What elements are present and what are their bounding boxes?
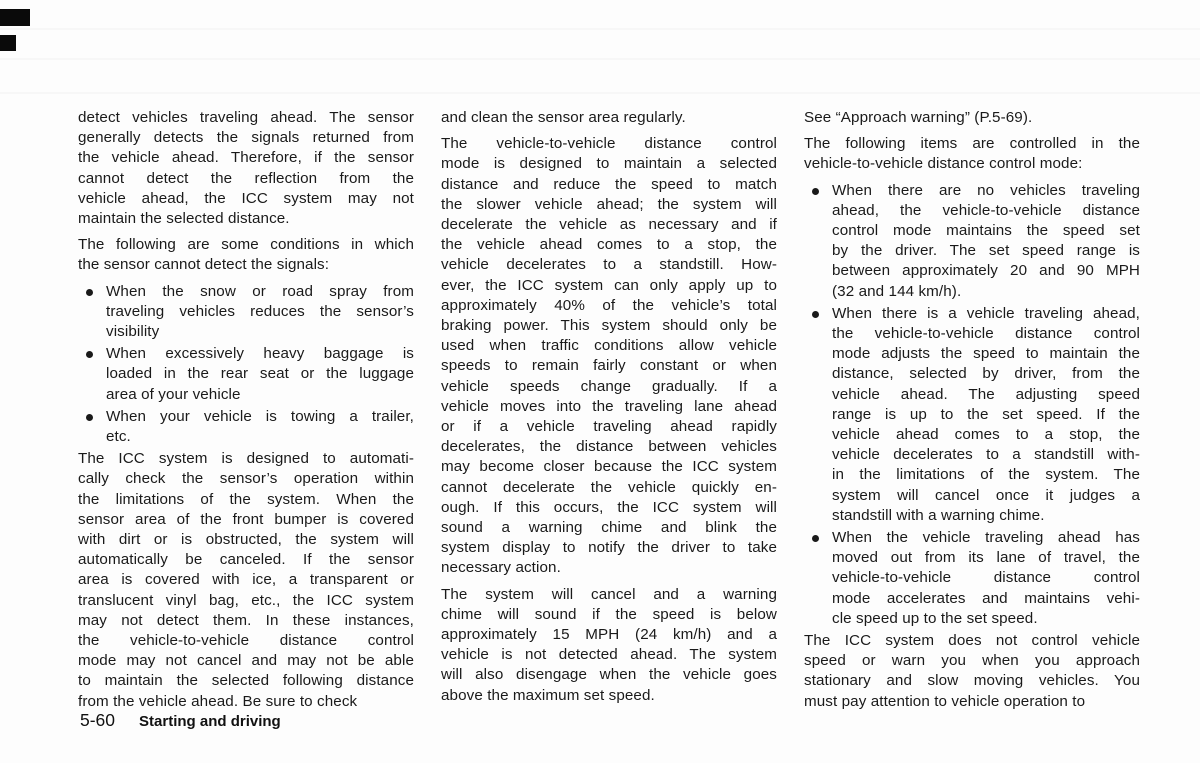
text-line: When your vehicle is towing a trailer,	[106, 407, 414, 427]
text-line: decelerates, the distance between vehicl…	[441, 437, 777, 457]
text-line: mode may not cancel and may not be able	[78, 651, 414, 671]
text-line: When the snow or road spray from	[106, 282, 414, 302]
text-line: mode is designed to maintain a selected	[441, 154, 777, 174]
text-line: the vehicle ahead comes to a stop, the	[441, 235, 777, 255]
text-line: vehicle ahead. The adjusting speed	[832, 385, 1140, 405]
text-line: and clean the sensor area regularly.	[441, 108, 777, 128]
scan-mark-icon	[0, 9, 30, 26]
text-line: The vehicle-to-vehicle distance control	[441, 134, 777, 154]
bullet-icon	[86, 414, 93, 421]
text-line: with dirt or is obstructed, the system w…	[78, 530, 414, 550]
text-line: ough. If this occurs, the ICC system wil…	[441, 498, 777, 518]
paragraph: The ICC system is designed to automati-c…	[78, 449, 414, 712]
text-line: See “Approach warning” (P.5-69).	[804, 108, 1140, 128]
text-line: standstill with a warning chime.	[832, 506, 1140, 526]
text-line: speed or warn you when you approach	[804, 651, 1140, 671]
text-line: ahead, the vehicle-to-vehicle distance	[832, 201, 1140, 221]
paragraph: and clean the sensor area regularly.	[441, 108, 777, 128]
bullet-item: When the snow or road spray fromtravelin…	[78, 282, 414, 343]
text-line: vehicle-to-vehicle distance control	[832, 568, 1140, 588]
text-line: mode adjusts the speed to maintain the	[832, 344, 1140, 364]
text-line: the sensor cannot detect the signals:	[78, 255, 414, 275]
text-line: maintain the selected distance.	[78, 209, 414, 229]
bullet-item: When there is a vehicle traveling ahead,…	[804, 304, 1140, 526]
text-line: translucent vinyl bag, etc., the ICC sys…	[78, 591, 414, 611]
paragraph: The system will cancel and a warningchim…	[441, 585, 777, 706]
scan-band	[0, 58, 1200, 60]
text-line: the vehicle ahead. Therefore, if the sen…	[78, 148, 414, 168]
text-line: When excessively heavy baggage is	[106, 344, 414, 364]
bullet-item: When your vehicle is towing a trailer,et…	[78, 407, 414, 447]
scan-band	[0, 92, 1200, 94]
text-line: ever, the ICC system can only apply up t…	[441, 276, 777, 296]
text-line: vehicle speeds change gradually. If a	[441, 377, 777, 397]
bullet-item: When excessively heavy baggage isloaded …	[78, 344, 414, 405]
footer-section-title: Starting and driving	[139, 713, 281, 730]
bullet-icon	[812, 188, 819, 195]
text-line: cle speed up to the set speed.	[832, 609, 1140, 629]
column-right: See “Approach warning” (P.5-69).The foll…	[804, 108, 1140, 718]
text-line: vehicle is not detected ahead. The syste…	[441, 645, 777, 665]
text-line: The following are some conditions in whi…	[78, 235, 414, 255]
text-line: necessary action.	[441, 558, 777, 578]
text-line: above the maximum set speed.	[441, 686, 777, 706]
text-line: The following items are controlled in th…	[804, 134, 1140, 154]
text-line: system will cancel once it judges a	[832, 486, 1140, 506]
text-line: sensor area of the front bumper is cover…	[78, 510, 414, 530]
text-line: from the vehicle ahead. Be sure to check	[78, 692, 414, 712]
column-center: and clean the sensor area regularly.The …	[441, 108, 777, 718]
text-line: When the vehicle traveling ahead has	[832, 528, 1140, 548]
text-line: loaded in the rear seat or the luggage	[106, 364, 414, 384]
text-line: distance and reduce the speed to match	[441, 175, 777, 195]
text-line: vehicle ahead, the ICC system may not	[78, 189, 414, 209]
bullet-icon	[812, 535, 819, 542]
text-line: must pay attention to vehicle operation …	[804, 692, 1140, 712]
text-line: to maintain the selected following dista…	[78, 671, 414, 691]
text-line: area is covered with ice, a transparent …	[78, 570, 414, 590]
text-line: The ICC system does not control vehicle	[804, 631, 1140, 651]
text-line: visibility	[106, 322, 414, 342]
bullet-item: When there are no vehicles travelingahea…	[804, 181, 1140, 302]
text-line: approximately 15 MPH (24 km/h) and a	[441, 625, 777, 645]
text-line: will also disengage when the vehicle goe…	[441, 665, 777, 685]
text-line: The ICC system is designed to automati-	[78, 449, 414, 469]
text-line: used when traffic conditions allow vehic…	[441, 336, 777, 356]
scan-band	[0, 28, 1200, 30]
paragraph: The following items are controlled in th…	[804, 134, 1140, 174]
text-line: control mode maintains the speed set	[832, 221, 1140, 241]
text-line: may become closer because the ICC system	[441, 457, 777, 477]
text-line: vehicle decelerates to a standstill. How…	[441, 255, 777, 275]
text-line: or if a vehicle traveling ahead rapidly	[441, 417, 777, 437]
paragraph: The vehicle-to-vehicle distance controlm…	[441, 134, 777, 578]
bullet-item: When the vehicle traveling ahead hasmove…	[804, 528, 1140, 629]
text-line: etc.	[106, 427, 414, 447]
scan-mark-icon	[0, 35, 16, 51]
text-line: vehicle moves into the traveling lane ah…	[441, 397, 777, 417]
text-line: chime will sound if the speed is below	[441, 605, 777, 625]
bullet-icon	[86, 289, 93, 296]
text-line: detect vehicles traveling ahead. The sen…	[78, 108, 414, 128]
paragraph: See “Approach warning” (P.5-69).	[804, 108, 1140, 128]
paragraph: detect vehicles traveling ahead. The sen…	[78, 108, 414, 229]
text-line: distance, selected by driver, from the	[832, 364, 1140, 384]
paragraph: The following are some conditions in whi…	[78, 235, 414, 275]
text-line: approximately 40% of the vehicle’s total	[441, 296, 777, 316]
paragraph: The ICC system does not control vehicles…	[804, 631, 1140, 712]
text-line: decelerate the vehicle as necessary and …	[441, 215, 777, 235]
text-line: When there is a vehicle traveling ahead,	[832, 304, 1140, 324]
text-line: moved out from its lane of travel, the	[832, 548, 1140, 568]
text-line: The system will cancel and a warning	[441, 585, 777, 605]
text-line: cannot decelerate the vehicle quickly en…	[441, 478, 777, 498]
text-line: area of your vehicle	[106, 385, 414, 405]
text-line: mode accelerates and maintains vehi-	[832, 589, 1140, 609]
page-number: 5-60	[80, 710, 115, 730]
column-left: detect vehicles traveling ahead. The sen…	[78, 108, 414, 718]
text-line: (32 and 144 km/h).	[832, 282, 1140, 302]
text-line: vehicle ahead comes to a stop, the	[832, 425, 1140, 445]
bullet-icon	[86, 351, 93, 358]
text-line: between approximately 20 and 90 MPH	[832, 261, 1140, 281]
text-line: system display to notify the driver to t…	[441, 538, 777, 558]
text-line: automatically be canceled. If the sensor	[78, 550, 414, 570]
text-line: traveling vehicles reduces the sensor’s	[106, 302, 414, 322]
text-columns: detect vehicles traveling ahead. The sen…	[78, 108, 1140, 718]
text-line: cannot detect the reflection from the	[78, 169, 414, 189]
text-line: may not detect them. In these instances,	[78, 611, 414, 631]
text-line: braking power. This system should only b…	[441, 316, 777, 336]
text-line: the slower vehicle ahead; the system wil…	[441, 195, 777, 215]
manual-page: detect vehicles traveling ahead. The sen…	[0, 0, 1200, 763]
text-line: sound a warning chime and blink the	[441, 518, 777, 538]
text-line: the vehicle-to-vehicle distance control	[832, 324, 1140, 344]
text-line: speeds to remain fairly constant or when	[441, 356, 777, 376]
text-line: cally check the sensor’s operation withi…	[78, 469, 414, 489]
text-line: stationary and slow moving vehicles. You	[804, 671, 1140, 691]
text-line: by the driver. The set speed range is	[832, 241, 1140, 261]
text-line: in the limitations of the system. The	[832, 465, 1140, 485]
text-line: the vehicle-to-vehicle distance control	[78, 631, 414, 651]
text-line: range is up to the set speed. If the	[832, 405, 1140, 425]
page-footer: 5-60Starting and driving	[80, 710, 281, 731]
text-line: When there are no vehicles traveling	[832, 181, 1140, 201]
text-line: the limitations of the system. When the	[78, 490, 414, 510]
text-line: vehicle-to-vehicle distance control mode…	[804, 154, 1140, 174]
bullet-icon	[812, 311, 819, 318]
text-line: vehicle decelerates to a standstill with…	[832, 445, 1140, 465]
text-line: generally detects the signals returned f…	[78, 128, 414, 148]
